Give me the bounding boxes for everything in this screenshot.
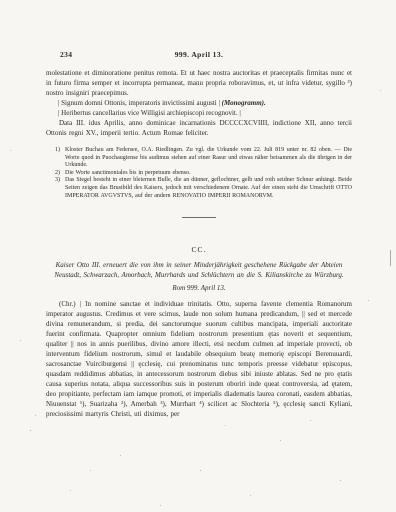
scanned-book-page: 234 999. April 13. molestatione et dimin… — [0, 0, 396, 512]
running-header: 234 999. April 13. — [46, 50, 352, 60]
recognovit-line: | Heribertus cancellarius vice Willigisi… — [46, 108, 352, 118]
monogram-note: (Monogramm). — [222, 99, 266, 107]
section-divider — [182, 217, 216, 218]
scan-edge-artifact — [390, 250, 391, 266]
signum-text: | Signum domni Ottonis, imperatoris invi… — [58, 99, 222, 107]
datum-line: Data III. idus Aprilis, anno dominicae i… — [46, 118, 352, 138]
running-head-date: 999. April 13. — [46, 50, 352, 59]
previous-charter-closing: molestatione et diminoratione penitus re… — [46, 68, 352, 98]
footnote-3-marker: 3) — [55, 177, 65, 200]
footnote-3: 3) Das Siegel besteht in einer bleiernen… — [55, 177, 352, 200]
footnote-1-text: Kloster Buchau am Federsee, O.A. Riedlin… — [65, 147, 352, 170]
text-block: 234 999. April 13. molestatione et dimin… — [46, 50, 352, 419]
scan-noise — [0, 0, 1, 1]
footnote-1-marker: 1) — [55, 147, 65, 170]
charter-number: CC. — [46, 245, 352, 254]
footnote-1: 1) Kloster Buchau am Federsee, O.A. Ried… — [55, 147, 352, 170]
charter-regest: Kaiser Otto III. erneuert die von ihm in… — [46, 260, 352, 280]
signum-line: | Signum domni Ottonis, imperatoris invi… — [46, 98, 352, 108]
page-number: 234 — [60, 50, 72, 59]
footnotes-block: 1) Kloster Buchau am Federsee, O.A. Ried… — [46, 147, 352, 200]
charter-body: (Chr.) | In nomine sanctae et individuae… — [46, 299, 352, 419]
footnote-3-text: Das Siegel besteht in einer bleiernen Bu… — [65, 177, 352, 200]
charter-place-date: Rom 999. April 13. — [46, 284, 352, 292]
